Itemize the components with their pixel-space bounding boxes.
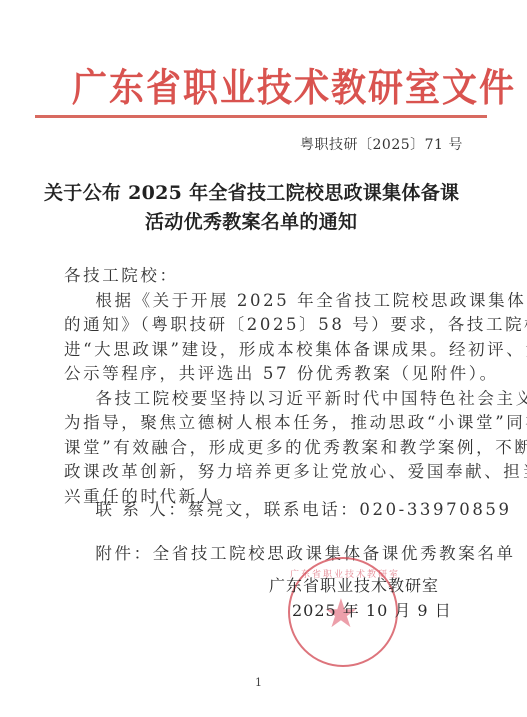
document-header-title: 广东省职业技术教研室文件: [72, 58, 516, 113]
salutation: 各技工院校：: [64, 262, 179, 286]
document-number: 粤职技研〔2025〕71 号: [300, 134, 463, 154]
header-red-rule: [35, 115, 487, 118]
document-title-line-2: 活动优秀教案名单的通知: [145, 207, 357, 234]
body-line: 根据《关于开展 2025 年全省技工院校思政课集体备课活动: [64, 287, 527, 311]
body-line: 政课改革创新，努力培养更多让党放心、爱国奉献、担当民族复: [64, 458, 527, 482]
attachment-line: 附件：全省技工院校思政课集体备课优秀教案名单: [64, 540, 516, 564]
body-line: 课堂”有效融合，形成更多的优秀教案和教学案例，不断推动思: [64, 434, 527, 458]
body-line: 公示等程序，共评选出 57 份优秀教案（见附件）。: [64, 360, 499, 384]
contact-line: 联 系 人：蔡亮文，联系电话：020-33970859: [64, 496, 512, 520]
body-line: 为指导，聚焦立德树人根本任务，推动思政“小课堂”同社会“大: [64, 409, 527, 433]
signature-date: 2025 年 10 月 9 日: [292, 598, 452, 621]
signature-organization: 广东省职业技术教研室: [269, 573, 439, 596]
body-line: 的通知》（粤职技研〔2025〕58 号）要求，各技工院校积极推: [64, 311, 527, 335]
body-line: 各技工院校要坚持以习近平新时代中国特色社会主义思想: [64, 385, 527, 409]
document-title-line-1: 关于公布 2025 年全省技工院校思政课集体备课: [44, 178, 459, 205]
body-line: 进“大思政课”建设，形成本校集体备课成果。经初评、复评、: [64, 336, 527, 360]
page-number: 1: [255, 676, 262, 689]
